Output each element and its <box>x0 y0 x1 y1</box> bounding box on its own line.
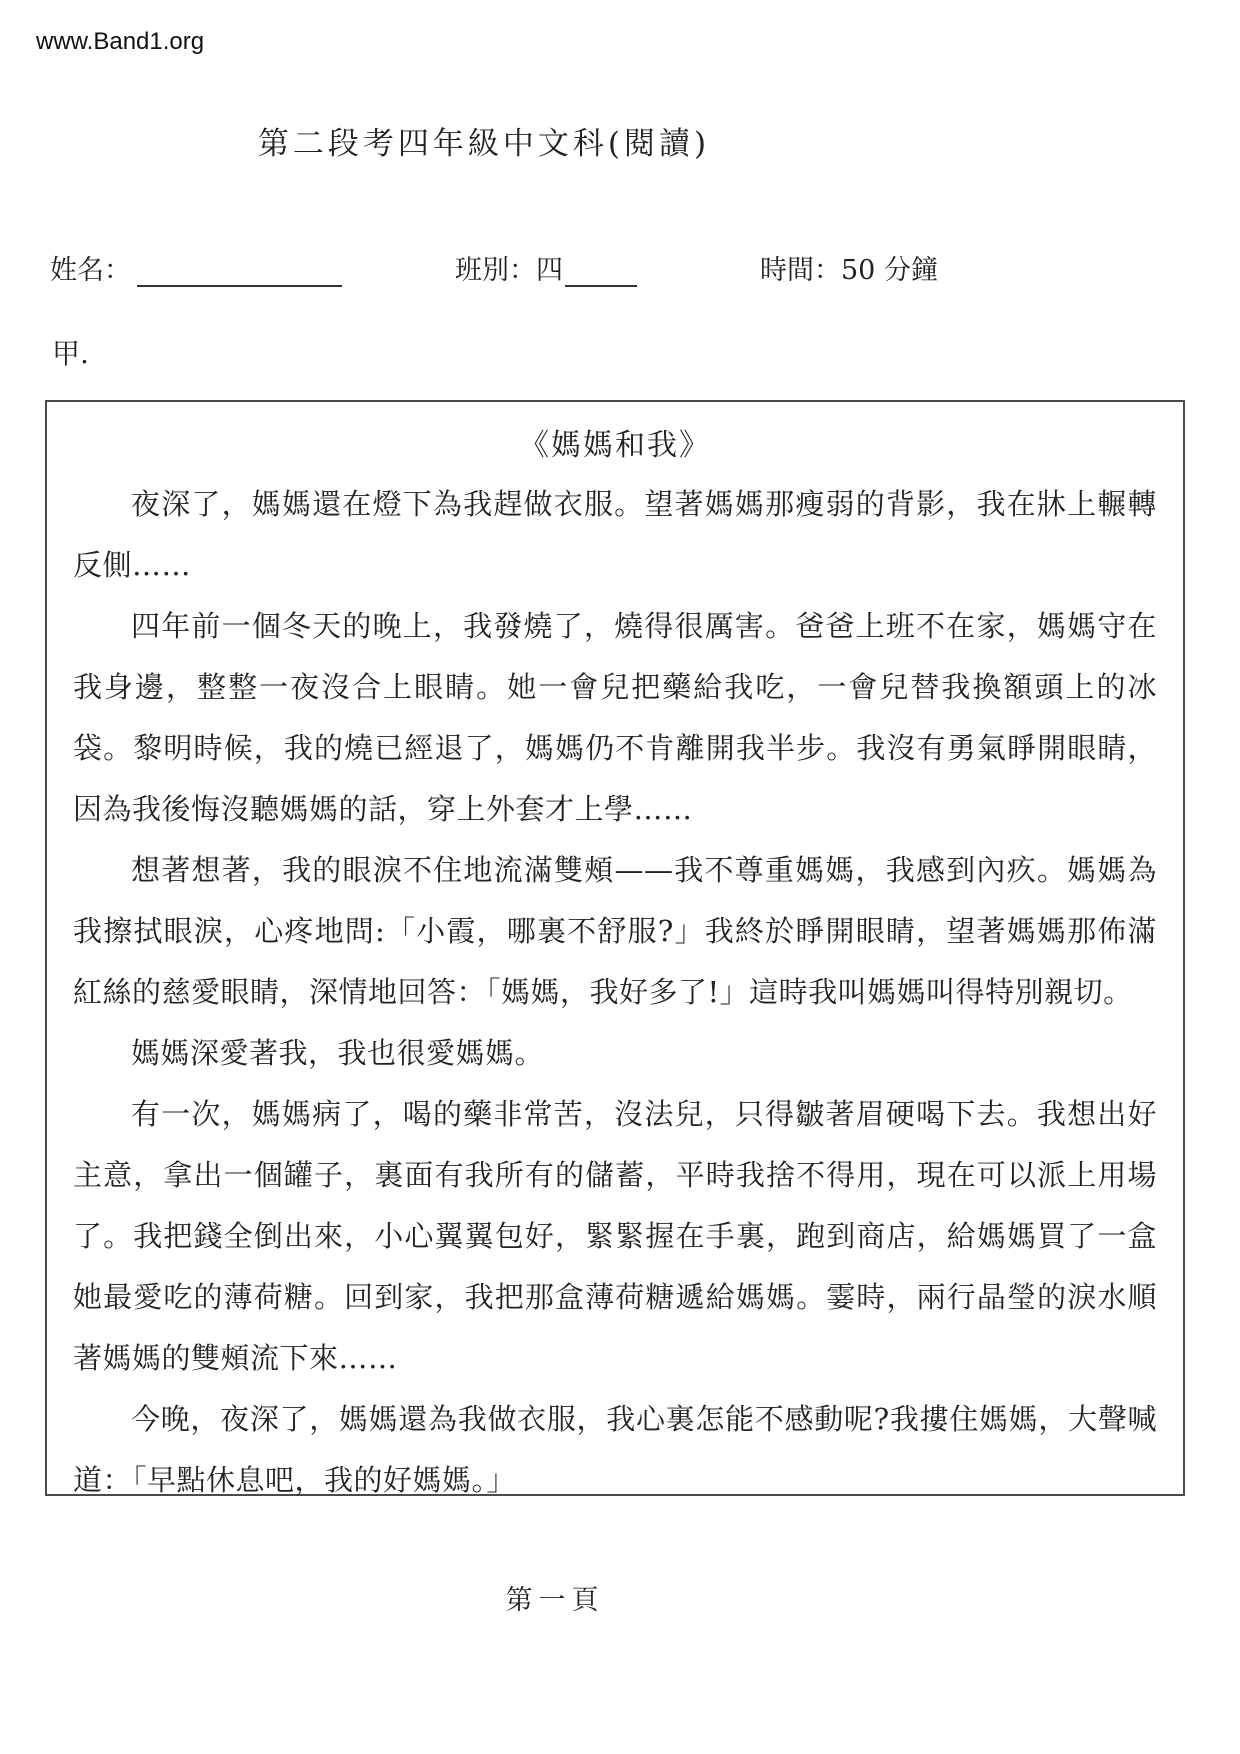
page-number: 第一頁 <box>0 1578 1110 1617</box>
student-info-row: 姓名： 班別：四 時間：50 分鐘 <box>0 248 1240 288</box>
passage-paragraph: 媽媽深愛著我，我也很愛媽媽。 <box>73 1023 1157 1084</box>
class-value: 四 <box>536 255 563 286</box>
exam-paper-page: www.Band1.org 第二段考四年級中文科(閱讀) 姓名： 班別：四 時間… <box>0 0 1240 1754</box>
name-field: 姓名： <box>50 248 342 287</box>
passage-paragraph: 有一次，媽媽病了，喝的藥非常苦，沒法兒，只得皺著眉硬喝下去。我想出好主意，拿出一… <box>73 1084 1157 1389</box>
reading-passage-box: 《媽媽和我》 夜深了，媽媽還在燈下為我趕做衣服。望著媽媽那瘦弱的背影，我在牀上輾… <box>45 400 1185 1496</box>
passage-paragraph: 今晚，夜深了，媽媽還為我做衣服，我心裏怎能不感動呢?我摟住媽媽，大聲喊道：「早點… <box>73 1389 1157 1511</box>
class-field: 班別：四 <box>455 248 637 287</box>
name-blank-line <box>137 255 342 287</box>
class-label: 班別： <box>455 255 536 286</box>
name-label: 姓名： <box>50 255 131 286</box>
passage-title: 《媽媽和我》 <box>73 420 1157 464</box>
section-a-label: 甲. <box>52 332 89 372</box>
class-blank-line <box>565 255 637 287</box>
time-value: 50 分鐘 <box>841 255 938 286</box>
time-label: 時間： <box>760 255 841 286</box>
passage-body: 夜深了，媽媽還在燈下為我趕做衣服。望著媽媽那瘦弱的背影，我在牀上輾轉反側…… 四… <box>73 474 1157 1511</box>
exam-title: 第二段考四年級中文科(閱讀) <box>0 118 968 163</box>
time-field: 時間：50 分鐘 <box>760 248 938 287</box>
watermark-url: www.Band1.org <box>36 28 204 56</box>
passage-paragraph: 夜深了，媽媽還在燈下為我趕做衣服。望著媽媽那瘦弱的背影，我在牀上輾轉反側…… <box>73 474 1157 596</box>
passage-paragraph: 想著想著，我的眼淚不住地流滿雙頰——我不尊重媽媽，我感到內疚。媽媽為我擦拭眼淚，… <box>73 840 1157 1023</box>
passage-paragraph: 四年前一個冬天的晚上，我發燒了，燒得很厲害。爸爸上班不在家，媽媽守在我身邊，整整… <box>73 596 1157 840</box>
